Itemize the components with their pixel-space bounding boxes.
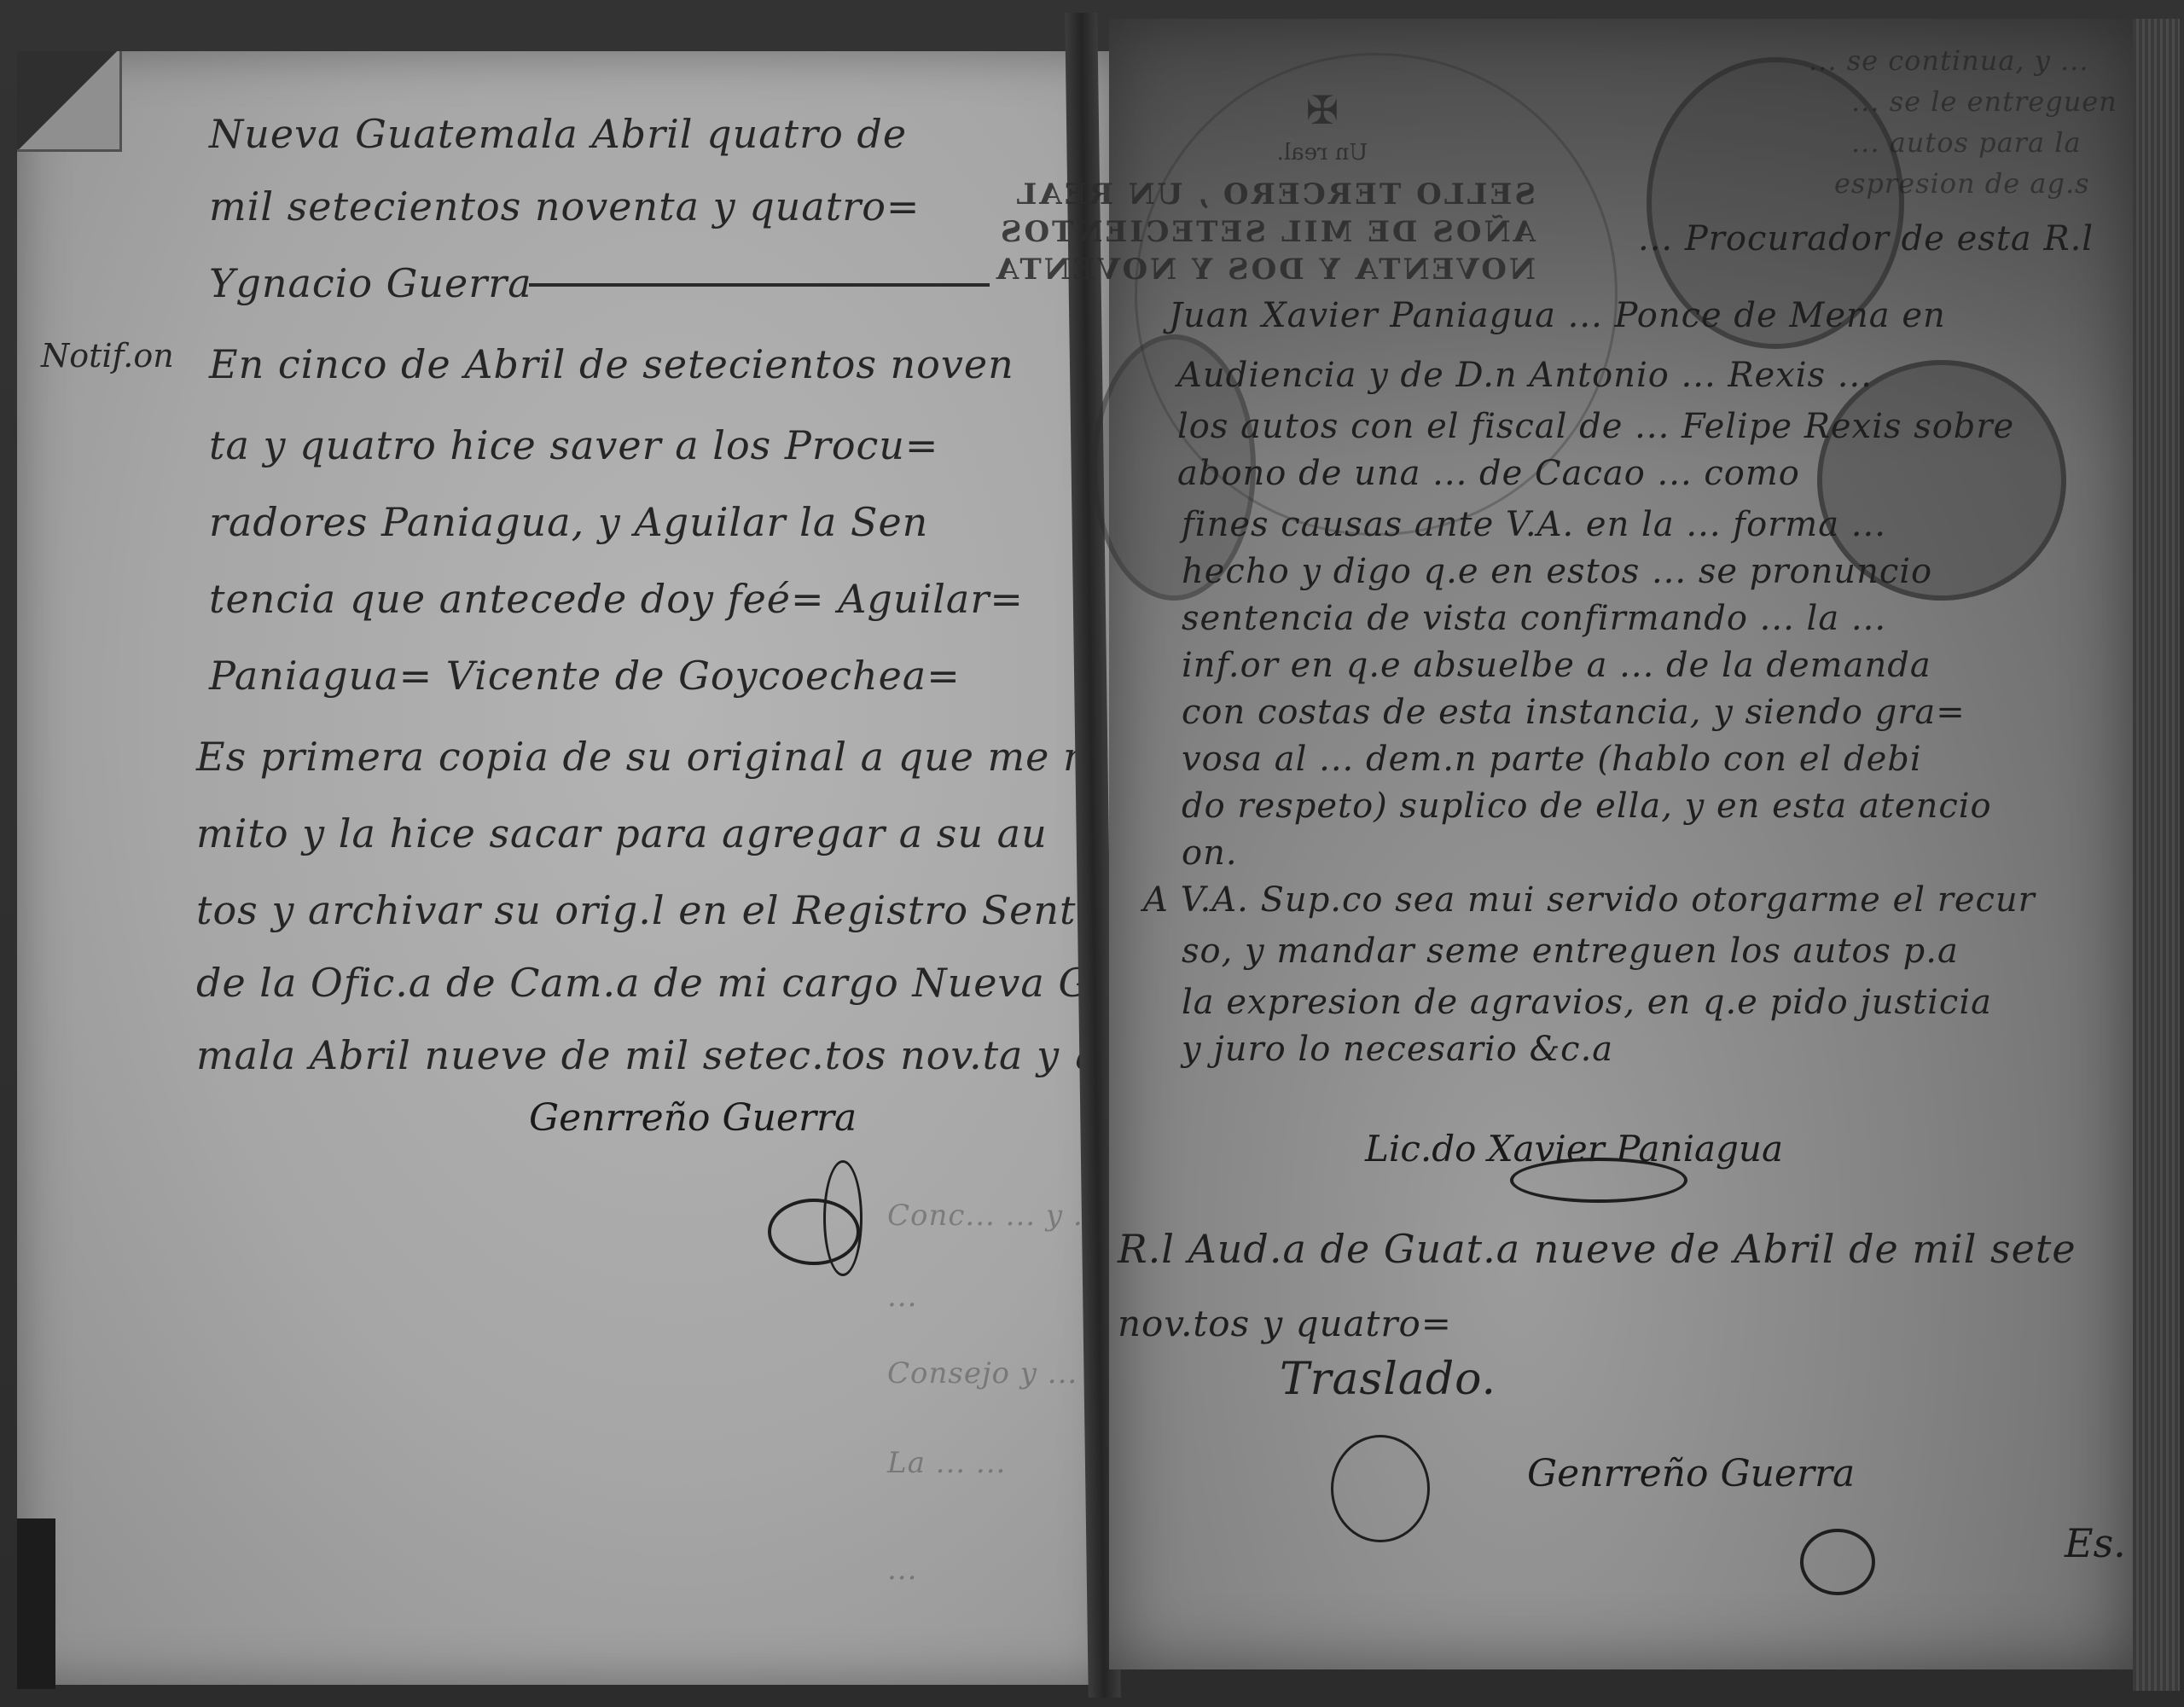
underline-stroke <box>529 283 990 287</box>
left-page: Notif.on Nueva Guatemala Abril quatro de… <box>17 51 1113 1685</box>
text-line: En cinco de Abril de setecientos noven <box>209 341 1014 387</box>
bleed-through-text: La ... ... <box>887 1446 1006 1480</box>
text-line: fines causas ante V.A. en la ... forma .… <box>1182 505 1886 544</box>
text-line: Nueva Guatemala Abril quatro de <box>209 111 907 157</box>
bleed-through-text: ... <box>887 1553 917 1587</box>
text-line: ta y quatro hice saver a los Procu= <box>209 422 938 468</box>
text-line: hecho y digo q.e en estos ... se pronunc… <box>1182 552 1932 591</box>
petition-line: so, y mandar seme entreguen los autos p.… <box>1182 932 1959 971</box>
text-line: Ygnacio Guerra <box>209 260 532 306</box>
decree-line: R.l Aud.a de Guat.a nueve de Abril de mi… <box>1118 1226 2077 1272</box>
text-line: mil setecientos noventa y quatro= <box>209 183 920 229</box>
text-line: inf.or en q.e absuelbe a ... de la deman… <box>1182 646 1931 685</box>
text-line: do respeto) suplico de ella, y en esta a… <box>1182 787 1992 826</box>
text-line: on. <box>1182 833 1238 873</box>
petition-line: A V.A. Sup.co sea mui servido otorgarme … <box>1143 880 2036 920</box>
official-signature: Genrreño Guerra <box>1527 1452 1855 1495</box>
stamp-line: NOVENTA Y DOS Y NOVENTA <box>1109 251 1536 288</box>
right-page: ✠ Un real. SELLO TERCERO , UN REAL AÑOS … <box>1109 19 2133 1669</box>
bleed-through-text: ... <box>887 1280 917 1314</box>
text-line: Es primera copia de su original a que me… <box>196 734 1107 780</box>
text-line: con costas de esta instancia, y siendo g… <box>1182 693 1966 732</box>
text-line: ... autos para la <box>1851 126 2082 159</box>
signature-rubric <box>1510 1158 1687 1203</box>
closing-mark: Es. <box>2065 1520 2126 1566</box>
signature: Genrreño Guerra <box>529 1096 857 1140</box>
text-line: Audiencia y de D.n Antonio ... Rexis ... <box>1177 356 1873 395</box>
page-edges <box>2133 19 2180 1691</box>
petition-line: y juro lo necesario &c.a <box>1182 1030 1613 1069</box>
decree-line: nov.tos y quatro= <box>1118 1303 1452 1344</box>
signature-rubric <box>1800 1529 1875 1595</box>
stamp-line: SELLO TERCERO , UN REAL <box>1109 176 1536 213</box>
text-line: mala Abril nueve de mil setec.tos nov.ta… <box>196 1032 1210 1078</box>
text-line: ... se continua, y ... <box>1809 44 2089 77</box>
text-line: Paniagua= Vicente de Goycoechea= <box>209 653 961 699</box>
text-line: vosa al ... dem.n parte (hablo con el de… <box>1182 740 1922 779</box>
cross-icon: ✠ <box>1109 87 1536 133</box>
text-line: los autos con el fiscal de ... Felipe Re… <box>1177 407 2014 446</box>
text-line: tos y archivar su orig.l en el Registro … <box>196 887 1089 933</box>
stamped-paper-header: ✠ Un real. SELLO TERCERO , UN REAL AÑOS … <box>1109 87 1536 288</box>
folded-corner <box>17 51 122 152</box>
margin-note: Notif.on <box>41 337 174 374</box>
signature-rubric <box>823 1160 863 1276</box>
text-line: sentencia de vista confirmando ... la ..… <box>1182 599 1886 638</box>
text-line: Juan Xavier Paniagua ... Ponce de Mena e… <box>1169 296 1946 335</box>
text-line: ... Procurador de esta R.l <box>1638 219 2094 258</box>
text-line: mito y la hice sacar para agregar a su a… <box>196 810 1048 856</box>
text-line: de la Ofic.a de Cam.a de mi cargo Nueva … <box>196 960 1182 1006</box>
binding-shadow <box>17 1518 55 1689</box>
text-line: tencia que antecede doy feé= Aguilar= <box>209 576 1024 622</box>
stamp-value: Un real. <box>1109 140 1536 165</box>
text-line: radores Paniagua, y Aguilar la Sen <box>209 499 928 545</box>
stamp-line: AÑOS DE MIL SETECIENTOS <box>1109 213 1536 251</box>
bleed-through-text: Conc... ... y ... <box>887 1199 1103 1233</box>
text-line: espresion de ag.s <box>1834 167 2090 200</box>
decree-line: Traslado. <box>1280 1354 1496 1405</box>
text-line: ... se le entreguen <box>1851 85 2117 118</box>
manuscript-scan: Notif.on Nueva Guatemala Abril quatro de… <box>0 0 2184 1707</box>
rubric-flourish <box>1331 1435 1430 1542</box>
bleed-through-text: Consejo y ... <box>887 1356 1077 1391</box>
text-line: abono de una ... de Cacao ... como <box>1177 454 1800 493</box>
petition-line: la expresion de agravios, en q.e pido ju… <box>1182 983 1992 1022</box>
